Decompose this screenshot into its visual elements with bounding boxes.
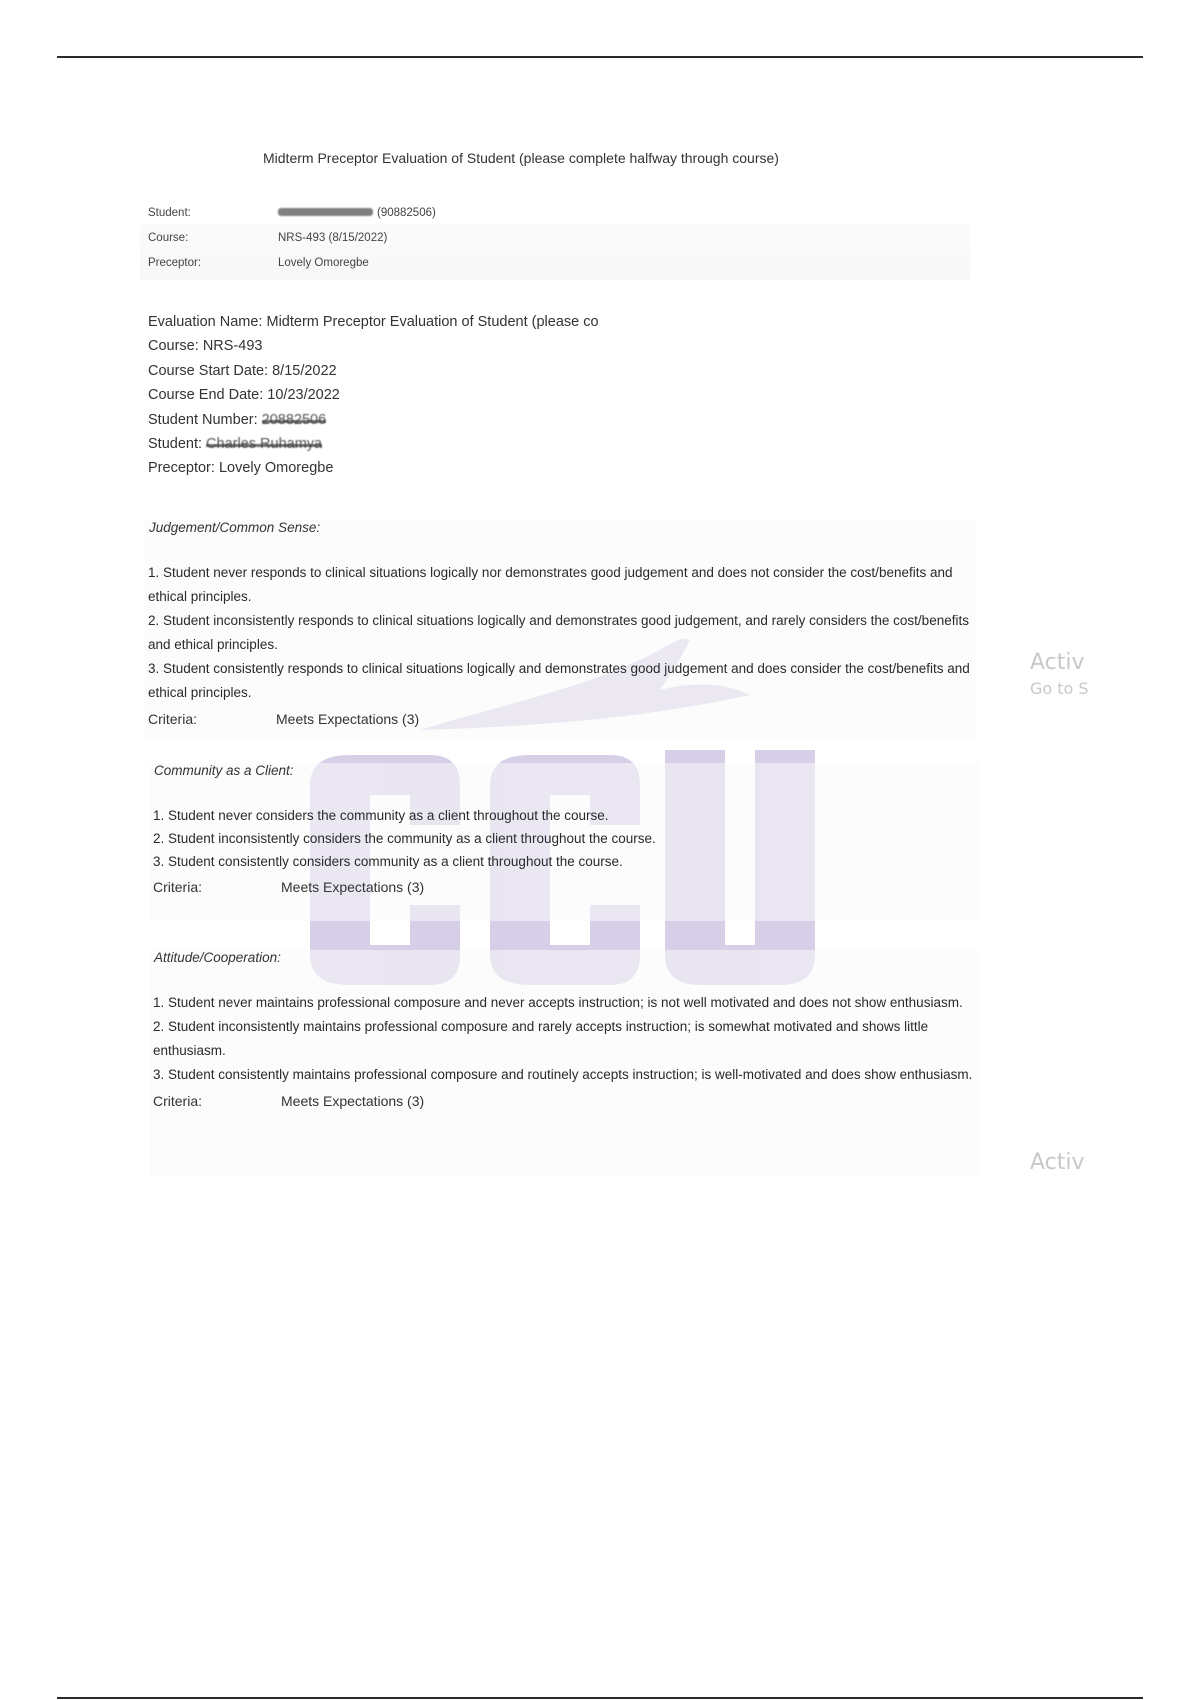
meta-end-date: Course End Date: 10/23/2022 xyxy=(148,383,599,407)
info-row-course: Course: NRS-493 (8/15/2022) xyxy=(148,225,436,250)
meta-start-date: Course Start Date: 8/15/2022 xyxy=(148,359,599,383)
windows-activation-overlay: Activ Go to S xyxy=(1030,650,1089,698)
section-heading: Judgement/Common Sense: xyxy=(145,520,975,535)
redacted-student-number: 20882506 xyxy=(262,412,327,428)
rubric-item: 1. Student never considers the community… xyxy=(153,804,980,827)
criteria-label: Criteria: xyxy=(153,879,281,895)
redacted-student-name: Charles Ruhamya xyxy=(206,436,322,452)
section-heading: Attitude/Cooperation: xyxy=(150,950,980,965)
evaluation-meta: Evaluation Name: Midterm Preceptor Evalu… xyxy=(148,310,599,481)
rubric-items: 1. Student never responds to clinical si… xyxy=(145,561,975,705)
meta-student: Student: Charles Ruhamya xyxy=(148,432,599,456)
info-value-course: NRS-493 (8/15/2022) xyxy=(278,232,387,244)
meta-student-number: Student Number: 20882506 xyxy=(148,408,599,432)
info-table: Student: (90882506) Course: NRS-493 (8/1… xyxy=(148,200,436,275)
rubric-item: 1. Student never responds to clinical si… xyxy=(148,561,975,609)
info-row-preceptor: Preceptor: Lovely Omoregbe xyxy=(148,250,436,275)
info-row-student: Student: (90882506) xyxy=(148,200,436,225)
rubric-item: 1. Student never maintains professional … xyxy=(153,991,980,1015)
section-heading: Community as a Client: xyxy=(150,763,980,778)
activation-title: Activ xyxy=(1030,650,1089,675)
document-title: Midterm Preceptor Evaluation of Student … xyxy=(263,150,779,166)
activation-title: Activ xyxy=(1030,1150,1085,1175)
rubric-item: 2. Student inconsistently considers the … xyxy=(153,827,980,850)
criteria-label: Criteria: xyxy=(153,1093,281,1109)
top-rule xyxy=(57,56,1143,58)
rubric-items: 1. Student never maintains professional … xyxy=(150,991,980,1087)
meta-course: Course: NRS-493 xyxy=(148,334,599,358)
section-judgement: Judgement/Common Sense: 1. Student never… xyxy=(145,520,975,738)
rubric-item: 3. Student consistently maintains profes… xyxy=(153,1063,980,1087)
rubric-item: 2. Student inconsistently responds to cl… xyxy=(148,609,975,657)
info-label: Preceptor: xyxy=(148,257,278,269)
redacted-name xyxy=(278,208,373,216)
info-label: Course: xyxy=(148,232,278,244)
bottom-rule xyxy=(57,1697,1143,1699)
criteria-row: Criteria: Meets Expectations (3) xyxy=(145,711,975,727)
meta-evaluation-name: Evaluation Name: Midterm Preceptor Evalu… xyxy=(148,310,599,334)
criteria-row: Criteria: Meets Expectations (3) xyxy=(150,879,980,895)
section-attitude: Attitude/Cooperation: 1. Student never m… xyxy=(150,950,980,1175)
info-value-preceptor: Lovely Omoregbe xyxy=(278,257,369,269)
activation-subtitle: Go to S xyxy=(1030,679,1089,698)
rubric-items: 1. Student never considers the community… xyxy=(150,804,980,873)
section-community: Community as a Client: 1. Student never … xyxy=(150,763,980,921)
criteria-value: Meets Expectations (3) xyxy=(276,711,419,727)
rubric-item: 3. Student consistently considers commun… xyxy=(153,850,980,873)
criteria-value: Meets Expectations (3) xyxy=(281,1093,424,1109)
info-value-student: (90882506) xyxy=(278,207,436,219)
info-label: Student: xyxy=(148,207,278,219)
windows-activation-overlay: Activ xyxy=(1030,1150,1085,1175)
rubric-item: 3. Student consistently responds to clin… xyxy=(148,657,975,705)
criteria-label: Criteria: xyxy=(148,711,276,727)
rubric-item: 2. Student inconsistently maintains prof… xyxy=(153,1015,980,1063)
criteria-value: Meets Expectations (3) xyxy=(281,879,424,895)
meta-preceptor: Preceptor: Lovely Omoregbe xyxy=(148,456,599,480)
criteria-row: Criteria: Meets Expectations (3) xyxy=(150,1093,980,1109)
